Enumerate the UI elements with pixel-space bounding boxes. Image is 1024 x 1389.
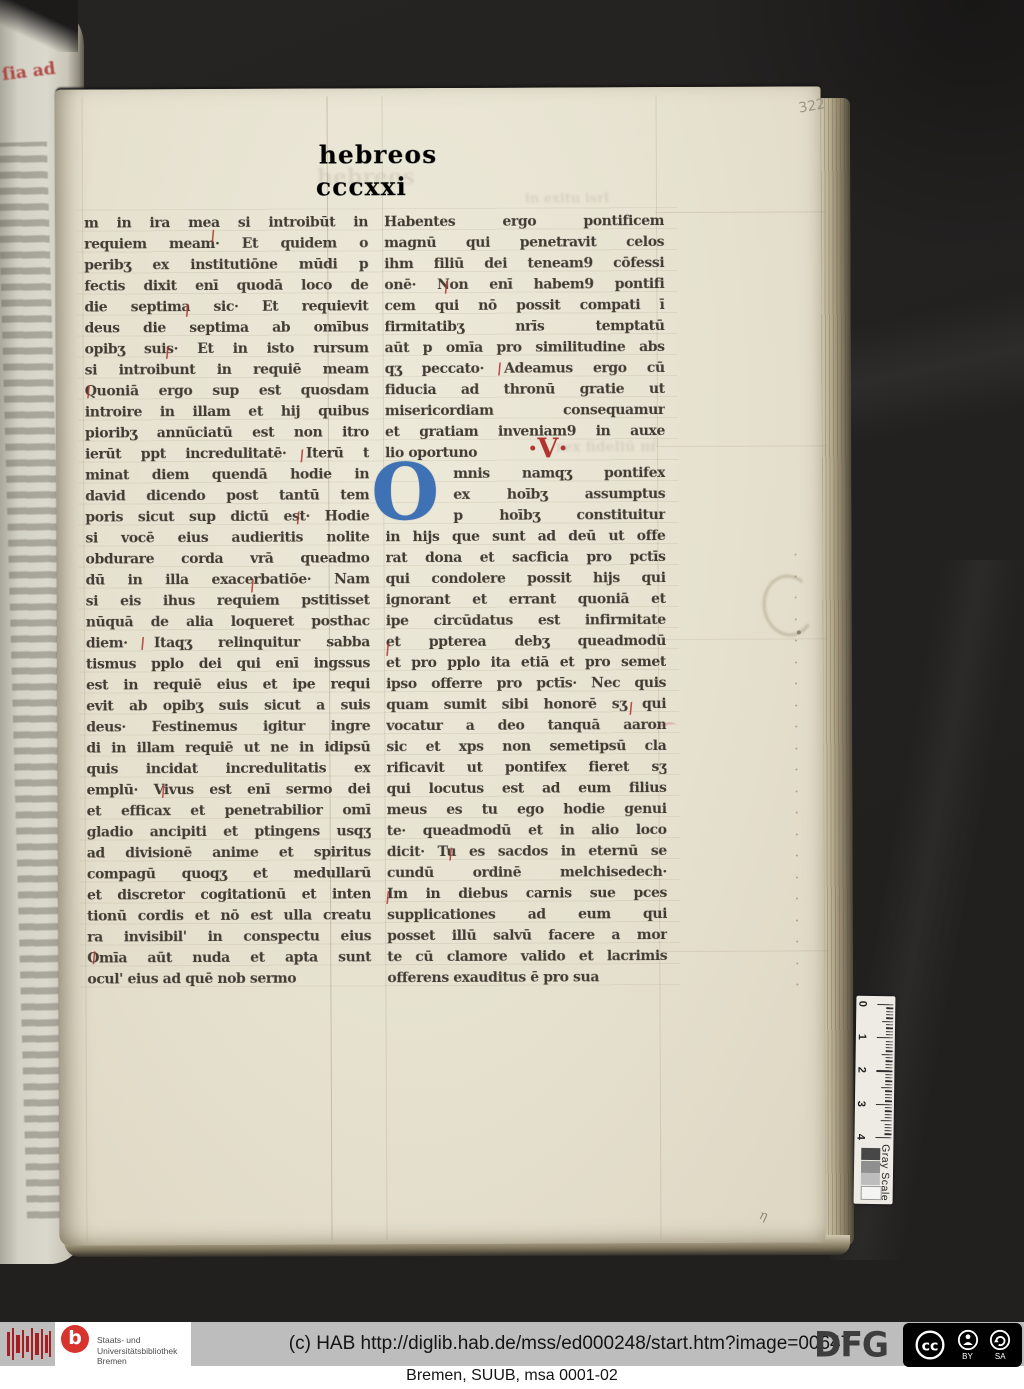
digitized-manuscript-photo: ſia ad 322 hebreos cccxxi η m in ira mea… [0,0,1024,1389]
bleed-through-ghost: hebreos [317,164,415,190]
ruler-tick [876,1104,892,1106]
ruler-tick [885,1077,892,1078]
manuscript-line: te cū clamore valido et lacrimis [387,946,667,968]
manuscript-line: diem· Itaqʒ relinquitur sabba [86,632,370,654]
manuscript-line: qui condolere possit hijs qui [386,568,666,590]
ruler-tick [886,1014,893,1015]
ruler-tick [877,1037,893,1039]
manuscript-line: pioribʒ annūciatū est non itro [85,422,369,444]
ruling-line-horizontal [657,638,827,640]
manuscript-line: quam sumit sibi honorē sʒ qui [386,694,666,716]
prick-hole [795,747,797,749]
prick-hole [795,639,797,641]
manuscript-line: nūquā de alia loqueret posthac [86,611,370,633]
manuscript-line: ihm filiū dei teneam9 cōfessi [384,253,664,275]
gray-scale-patch [861,1160,880,1172]
ruler-tick [875,1137,891,1139]
prick-hole [795,596,797,598]
manuscript-page: 322 hebreos cccxxi η m in ira mea si int… [54,86,825,1245]
manuscript-line: fectis dixit enī quodā loco de [84,275,368,297]
prick-hole [795,704,797,706]
manuscript-column: Habentes ergo pontificemmagnū qui penetr… [384,211,667,989]
ruler-tick [885,1081,892,1082]
svg-text:cc: cc [921,1338,938,1354]
prick-hole [796,962,798,964]
ruler-tick [886,1047,893,1048]
ruler-number: 0 [856,998,868,1010]
ruler-tick [886,1031,893,1032]
ruler-tick [885,1134,892,1135]
manuscript-line: deus· Festinemus igitur ingre [86,716,370,738]
prick-hole [796,897,798,899]
ruler-tick [885,1110,892,1111]
manuscript-line: rat dona et sacficia pro pctīs [385,547,665,569]
previous-page-red-header-fragment: ſia ad [1,59,57,85]
library-name-line: Bremen [97,1356,177,1367]
cc-sa-label: SA [995,1352,1006,1361]
manuscript-line: opibʒ suis· Et in isto rursum [85,338,369,360]
gray-scale-patch [861,1173,880,1185]
ruler-tick [885,1117,892,1118]
manuscript-line: poris sicut sup dictū est· Hodie [85,506,369,528]
manuscript-line: firmitatibʒ nrīs temptatū [384,316,664,338]
ruler-tick [886,1051,893,1052]
ruler-tick [881,1120,892,1121]
stain-mark [759,571,819,640]
prick-hole [796,811,798,813]
illuminated-initial: O [371,460,439,527]
prick-hole [796,983,798,985]
prick-hole [796,833,798,835]
manuscript-line: di in illam requiē ut ne in idipsū [86,737,370,759]
manuscript-line: et efficax et penetrabilior omī [87,800,371,822]
ruler-number: 3 [855,1097,867,1109]
manuscript-line: misericordiam consequamur [385,400,665,422]
ruler-tick [886,1041,893,1042]
manuscript-line: gladio ancipiti et ptingens usqʒ [87,821,371,843]
manuscript-line: offerens exauditus ē pro sua [387,967,667,989]
ruler-tick [886,1007,893,1008]
ruler-tick [876,1070,892,1072]
manuscript-line: ierūt ppt incredulitatē· Iterū t [85,443,369,465]
manuscript-line: cundū ordinē melchisedech· [387,862,667,884]
prick-hole [795,575,797,577]
cc-by-person-icon [957,1329,979,1351]
manuscript-line: si vocē eius audieritis nolite [85,527,369,549]
manuscript-line: magnū qui penetravit celos [384,232,664,254]
manuscript-line: quis incidat incredulitatis ex [86,758,370,780]
gray-scale-patch [861,1185,882,1199]
ruler-tick [886,1057,893,1058]
ruler-tick [885,1124,892,1125]
manuscript-line: requiem meam· Et quidem o [84,233,368,255]
ruler-tick [885,1127,892,1128]
manuscript-line: dū in illa exacerbatiōe· Nam [86,569,370,591]
prick-hole [795,661,797,663]
ruler-tick [886,1061,893,1062]
manuscript-line: Quoniā ergo sup est quosdam [85,380,369,402]
library-name-line: Universitätsbibliothek [97,1346,177,1357]
ruler-number: 4 [854,1131,866,1143]
ruler-tick [885,1090,892,1091]
prick-hole [796,940,798,942]
ruler-tick [886,1034,893,1035]
manuscript-line: m in ira mea si introibūt in [84,212,368,234]
ruler-tick [885,1067,892,1068]
dfg-logo: DFG [814,1324,888,1365]
manuscript-line: ignorant et errant quoniā et [386,589,666,611]
manuscript-line: onē· Non enī habem9 pontifi [384,274,664,296]
manuscript-line: supplicationes ad eum qui [387,904,667,926]
manuscript-line: Im in diebus carnis sue pces [387,883,667,905]
manuscript-line: qʒ peccato· Adeamus ergo cū [385,358,665,380]
ruler-tick [886,1044,893,1045]
manuscript-line: obdurare corda vrā queadmo [85,548,369,570]
manuscript-line: et discretor cogitationū et inten [87,884,371,906]
ruler-tick [885,1100,892,1101]
library-name: Staats- und Universitätsbibliothek Breme… [97,1335,177,1367]
ruling-line-horizontal [658,950,828,952]
ruler-tick [882,1054,893,1055]
ruler-tick [885,1114,892,1115]
manuscript-line: david dicendo post tantū tem [85,485,369,507]
ruler-tick [881,1087,892,1088]
manuscript-line: est in requiē eius et ipe requi [86,674,370,696]
ruler-tick [886,1024,893,1025]
ruler-number: 2 [855,1064,867,1076]
cc-license-badge: cc BY SA [903,1323,1022,1367]
gray-scale-patch [861,1148,880,1160]
manuscript-line: si introibunt in requiē meam [85,359,369,381]
manuscript-line: dicit· Tu es sacdos in eternū se [387,841,667,863]
prick-hole [795,768,797,770]
manuscript-line: sic et xps non semetipsū cla [386,736,666,758]
manuscript-line: te· queadmodū et in alio loco [387,820,667,842]
manuscript-line: ad divisionē anime et spiritus [87,842,371,864]
prick-hole [795,553,797,555]
prick-hole [795,725,797,727]
prick-hole [795,682,797,684]
ruling-line-horizontal [656,445,826,447]
cc-sa-arrow-icon [989,1329,1011,1351]
ruler-tick [885,1064,892,1065]
ruler-tick [885,1094,892,1095]
manuscript-line: ipso offerre pro pctīs· Nec quis [386,673,666,695]
manuscript-line: minat diem quendā hodie in [85,464,369,486]
prick-hole [796,854,798,856]
manuscript-line: si eis ihus requiem pstitisset [86,590,370,612]
manuscript-line: cem qui nō possit compati ī [384,295,664,317]
manuscript-line: deus die septima ab omībus [84,317,368,339]
bremen-bars-logo [6,1326,52,1362]
ruler-tick [886,1011,893,1012]
manuscript-line: introire in illam et hij quibus [85,401,369,423]
bleed-through-ghost: rex fideliū nr̄ [556,439,658,455]
bremen-b-logo: b [61,1325,89,1353]
manuscript-line: ra invisibil' in conspectu eius [87,926,371,948]
manuscript-line: evit ab opibʒ suis sicut a suis [86,695,370,717]
manuscript-line: meus es tu ego hodie genui [387,799,667,821]
ruler-tick [885,1074,892,1075]
manuscript-line: die septima sic· Et requievit [84,296,368,318]
manuscript-line: ocul' eius ad quē nob sermo [87,968,371,990]
bleed-through-ghost: in exitu isrl [525,191,609,206]
manuscript-line: qui locutus est ad eum filius [386,778,666,800]
prick-hole [796,876,798,878]
stain-dot [797,630,801,634]
ruler-tick [885,1107,892,1108]
cc-icon: cc [914,1329,946,1361]
binding-shadow [0,0,78,52]
manuscript-line: tismus pplo dei qui enī ingssus [86,653,370,675]
manuscript-line: et ppterea debʒ queadmodū [386,631,666,653]
prick-hole [795,618,797,620]
pencil-quire-mark: η [758,1208,769,1224]
ruler-tick [885,1130,892,1131]
manuscript-column: m in ira mea si introibūt inrequiem meam… [84,212,371,990]
manuscript-line: ipe circūdatus est infirmitate [386,610,666,632]
ruler-tick [882,1021,893,1022]
ruler-tick [886,1017,893,1018]
manuscript-line: Habentes ergo pontificem [384,211,664,233]
ruler-tick [885,1097,892,1098]
ruler-number: 1 [856,1031,868,1043]
manuscript-line: tionū cordis et nō est ulla creatu [87,905,371,927]
prick-hole [796,919,798,921]
manuscript-line: Omīa aūt nuda et apta sunt [87,947,371,969]
ruler-tick [885,1084,892,1085]
manuscript-line: fiducia ad thronū gratie ut [385,379,665,401]
ruling-line-horizontal [655,211,825,213]
manuscript-line: emplū· Vivus est enī sermo dei [86,779,370,801]
manuscript-line: et pro pplo ita etiā et pro semet [386,652,666,674]
cc-by-label: BY [962,1352,973,1361]
manuscript-line: vocatur a deo tanquā aaron [386,715,666,737]
library-name-line: Staats- und [97,1335,177,1346]
manuscript-line: peribʒ ex institutiōne mūdi p [84,254,368,276]
gray-scale-ruler: Gray Scale 01234 [854,996,896,1205]
copyright-url-text: (c) HAB http://diglib.hab.de/mss/ed00024… [250,1322,890,1366]
prick-hole [796,790,798,792]
shelfmark-text: Bremen, SUUB, msa 0001-02 [0,1367,1024,1385]
ruler-tick [877,1004,893,1006]
manuscript-line: aūt p omīa pro similitudine abs [385,337,665,359]
ruler-tick [886,1027,893,1028]
manuscript-line: posset illū salvū facere a mor [387,925,667,947]
manuscript-line: compagū quoqʒ et medullarū [87,863,371,885]
manuscript-line: rificavit ut pontifex fieret sʒ [386,757,666,779]
